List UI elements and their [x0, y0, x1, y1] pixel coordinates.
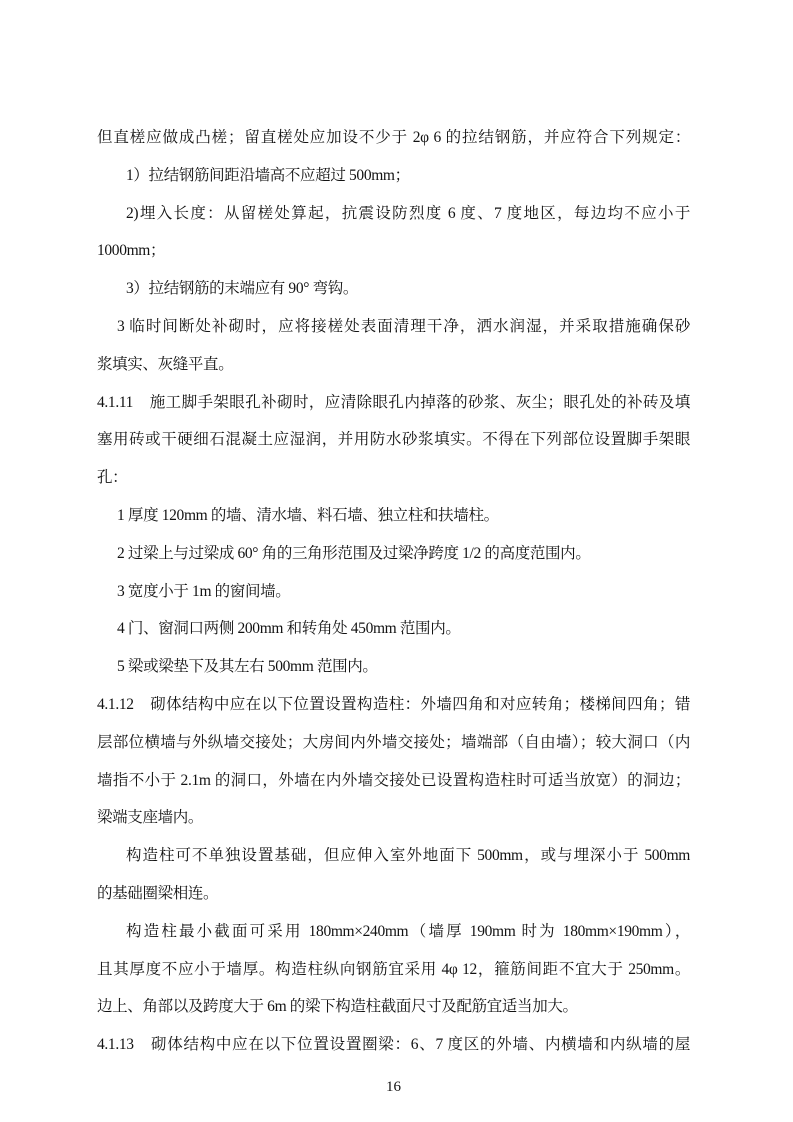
- list-item-3-line: 3 宽度小于 1m 的窗间墙。: [97, 573, 690, 611]
- text-line: 浆填实、灰缝平直。: [97, 346, 690, 384]
- text-line: 塞用砖或干硬细石混凝土应湿润，并用防水砂浆填实。不得在下列部位设置脚手架眼: [97, 421, 690, 459]
- subclause-2-line: 2)埋入长度：从留槎处算起，抗震设防烈度 6 度、7 度地区，每边均不应小于 1…: [97, 195, 690, 271]
- clause-4-1-13-line: 4.1.13 砌体结构中应在以下位置设置圈梁：6、7 度区的外墙、内横墙和内纵墙…: [97, 1026, 690, 1064]
- text-line: 边上、角部以及跨度大于 6m 的梁下构造柱截面尺寸及配筋宜适当加大。: [97, 988, 690, 1026]
- list-item-5-line: 5 梁或梁垫下及其左右 500mm 范围内。: [97, 648, 690, 686]
- text-line: 的基础圈梁相连。: [97, 875, 690, 913]
- subclause-1-line: 1）拉结钢筋间距沿墙高不应超过 500mm；: [97, 157, 690, 195]
- paragraph-line: 构造柱可不单独设置基础，但应伸入室外地面下 500mm，或与埋深小于 500mm: [97, 837, 690, 875]
- document-page: 但直槎应做成凸槎；留直槎处应加设不少于 2φ 6 的拉结钢筋，并应符合下列规定：…: [0, 0, 793, 1122]
- page-number: 16: [97, 1077, 690, 1097]
- list-item-4-line: 4 门、窗洞口两侧 200mm 和转角处 450mm 范围内。: [97, 610, 690, 648]
- text-line: 层部位横墙与外纵墙交接处；大房间内外墙交接处；墙端部（自由墙）；较大洞口（内: [97, 724, 690, 762]
- text-line: 孔：: [97, 459, 690, 497]
- list-item-2-line: 2 过梁上与过梁成 60° 角的三角形范围及过梁净跨度 1/2 的高度范围内。: [97, 535, 690, 573]
- clause-4-1-11-line: 4.1.11 施工脚手架眼孔补砌时，应清除眼孔内掉落的砂浆、灰尘；眼孔处的补砖及…: [97, 384, 690, 422]
- clause-4-1-12-line: 4.1.12 砌体结构中应在以下位置设置构造柱：外墙四角和对应转角；楼梯间四角；…: [97, 686, 690, 724]
- text-line: 梁端支座墙内。: [97, 799, 690, 837]
- subclause-3-line: 3）拉结钢筋的末端应有 90° 弯钩。: [97, 270, 690, 308]
- text-line: 但直槎应做成凸槎；留直槎处应加设不少于 2φ 6 的拉结钢筋，并应符合下列规定：: [97, 119, 690, 157]
- item-3-line: 3 临时间断处补砌时，应将接槎处表面清理干净，洒水润湿，并采取措施确保砂: [97, 308, 690, 346]
- text-line: 且其厚度不应小于墙厚。构造柱纵向钢筋宜采用 4φ 12，箍筋间距不宜大于 250…: [97, 951, 690, 989]
- paragraph-line: 构造柱最小截面可采用 180mm×240mm（墙厚 190mm 时为 180mm…: [97, 913, 690, 951]
- list-item-1-line: 1 厚度 120mm 的墙、清水墙、料石墙、独立柱和扶墙柱。: [97, 497, 690, 535]
- text-line: 墙指不小于 2.1m 的洞口，外墙在内外墙交接处已设置构造柱时可适当放宽）的洞边…: [97, 762, 690, 800]
